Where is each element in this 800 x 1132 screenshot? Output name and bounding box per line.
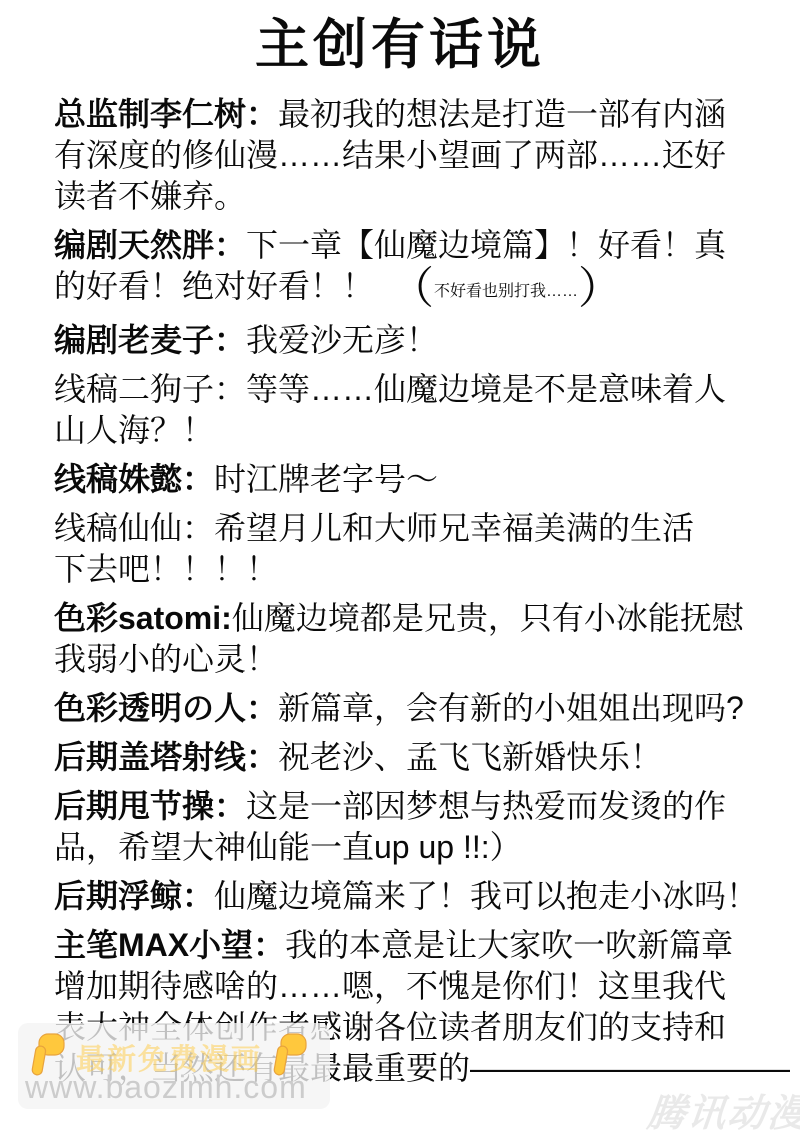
creators-notes: 总监制李仁树：最初我的想法是打造一部有内涵 有深度的修仙漫……结果小望画了两部…… — [0, 80, 800, 1089]
watermark-url: www.baozimh.com — [25, 1069, 307, 1106]
creator-name: 后期甩节操： — [54, 788, 246, 824]
entry-writer-tianranpang: 编剧天然胖：下一章【仙魔边境篇】！好看！真 的好看！绝对好看！！（不好看也别打我… — [54, 225, 760, 312]
creator-name: 编剧老麦子： — [54, 322, 246, 358]
entry-post-fujing: 后期浮鲸：仙魔边境篇来了！我可以抱走小冰吗！ — [54, 876, 760, 917]
creator-comment: 我爱沙无彦！ — [246, 322, 438, 358]
creator-comment: 新篇章，会有新的小姐姐出现吗? — [278, 690, 744, 726]
creator-comment: 仙魔边境篇来了！我可以抱走小冰吗！ — [214, 878, 758, 914]
publisher-logo: 腾讯动漫 — [645, 1082, 800, 1132]
entry-post-gaitasheXian: 后期盖塔射线：祝老沙、孟飞飞新婚快乐！ — [54, 737, 760, 778]
creator-name: 线稿仙仙： — [54, 510, 214, 546]
page-title: 主创有话说 — [0, 10, 800, 80]
creator-name: 线稿姝懿： — [54, 461, 214, 497]
aside-note-text: 不好看也别打我…… — [434, 283, 578, 300]
entry-lineart-ergouzi: 线稿二狗子：等等……仙魔边境是不是意味着人 山人海？！ — [54, 369, 760, 451]
entry-post-shuaijiecao: 后期甩节操：这是一部因梦想与热爱而发烫的作 品，希望大神仙能一直up up !!… — [54, 786, 760, 868]
aside-close-paren: ） — [578, 264, 622, 313]
entry-lineart-shuyi: 线稿姝懿：时江牌老字号～ — [54, 459, 760, 500]
creator-name: 色彩透明の人： — [54, 690, 278, 726]
creator-name: 后期盖塔射线： — [54, 739, 278, 775]
entry-writer-laomaizi: 编剧老麦子：我爱沙无彦！ — [54, 320, 760, 361]
entry-color-toumeinohito: 色彩透明の人：新篇章，会有新的小姐姐出现吗? — [54, 688, 760, 729]
creator-comment: 时江牌老字号～ — [214, 461, 438, 497]
creator-comment: 祝老沙、孟飞飞新婚快乐！ — [278, 739, 662, 775]
creator-name: 主笔MAX小望： — [54, 927, 285, 963]
aside-open-paren: （ — [390, 264, 434, 313]
aside-note: （不好看也别打我……） — [390, 266, 622, 312]
entry-lineart-xianxian: 线稿仙仙：希望月儿和大师兄幸福美满的生活 下去吧！！！！ — [54, 508, 760, 590]
entry-director: 总监制李仁树：最初我的想法是打造一部有内涵 有深度的修仙漫……结果小望画了两部…… — [54, 94, 760, 217]
creator-name: 后期浮鲸： — [54, 878, 214, 914]
entry-color-satomi: 色彩satomi:仙魔边境都是兄贵，只有小冰能抚慰 我弱小的心灵！ — [54, 598, 760, 680]
creator-name: 总监制李仁树： — [54, 96, 278, 132]
watermark-overlay: 最新免费漫画 www.baozimh.com — [18, 1023, 330, 1109]
creator-name: 线稿二狗子： — [54, 371, 246, 407]
creator-name: 色彩satomi: — [54, 600, 232, 636]
creator-name: 编剧天然胖： — [54, 227, 246, 263]
